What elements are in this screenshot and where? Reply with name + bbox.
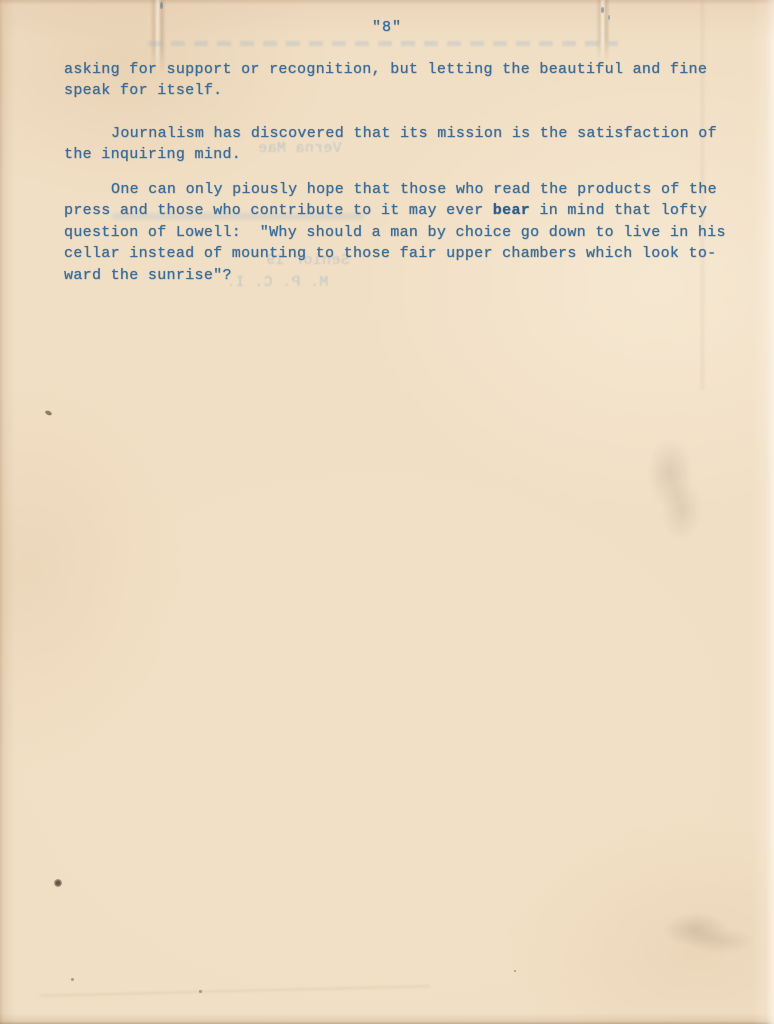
paper-speck [514, 970, 516, 972]
smudge-mark [636, 438, 712, 540]
paragraph-3-line-2: press and those who contribute to it may… [64, 200, 766, 221]
paper-speck [71, 978, 74, 981]
paragraph-2-line-2: the inquiring mind. [64, 144, 766, 165]
paragraph-3: One can only piously hope that those who… [64, 179, 766, 286]
staple-mark-icon [160, 2, 163, 9]
vertical-crease [701, 0, 704, 390]
scanned-document-page: Verna Mae Senior 19 M. P. C. I. "8" aski… [0, 0, 774, 1024]
line-2-post-text: in mind that lofty [530, 202, 707, 219]
paragraph-1-line-1: asking for support or recognition, but l… [64, 59, 766, 80]
paragraph-2-line-1: Journalism has discovered that its missi… [64, 123, 766, 144]
line-2-bold-word: bear [493, 202, 530, 219]
line-2-pre-text: press and those who contribute to it may… [64, 202, 493, 219]
paragraph-3-line-4: cellar instead of mounting to those fair… [64, 243, 766, 264]
bleedthrough-dashed-line [148, 41, 618, 46]
paragraph-3-line-5: ward the sunrise"? [64, 265, 766, 286]
staple-mark-icon [601, 7, 604, 13]
paragraph-3-line-1: One can only piously hope that those who… [64, 179, 766, 200]
page-number: "8" [0, 19, 774, 36]
paragraph-1-line-2: speak for itself. [64, 80, 766, 101]
paragraph-3-line-3: question of Lowell: "Why should a man by… [64, 222, 766, 243]
smudge-mark [658, 905, 753, 960]
paragraph-2: Journalism has discovered that its missi… [64, 123, 766, 166]
ink-dot [54, 879, 62, 887]
paragraph-1: asking for support or recognition, but l… [64, 59, 766, 102]
